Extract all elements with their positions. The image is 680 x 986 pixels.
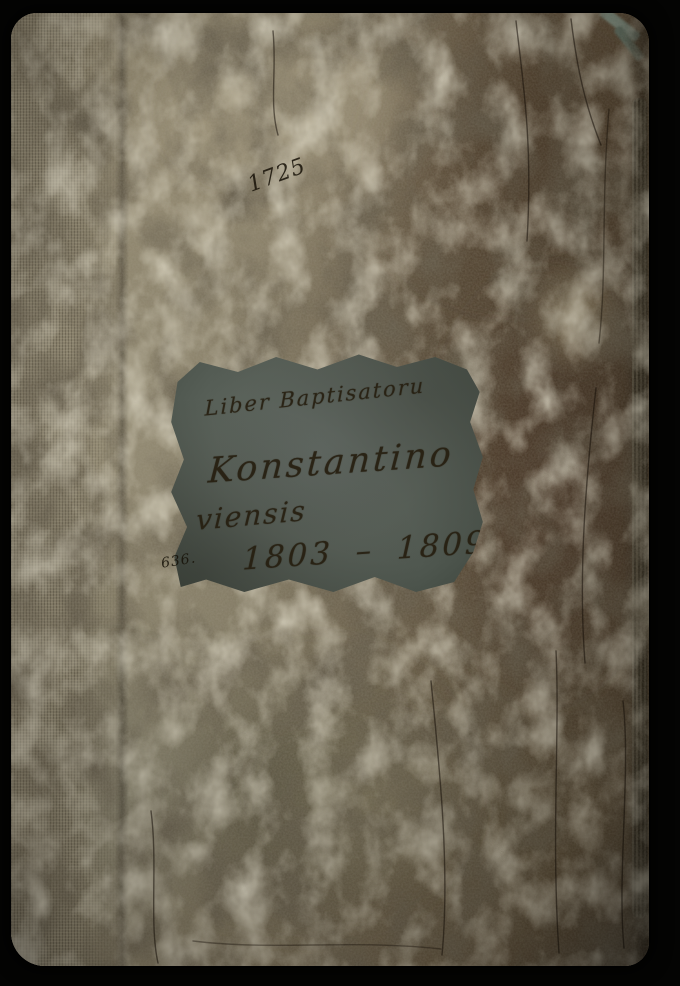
- photo-stage: Liber Baptisatoru Konstantino viensis 18…: [0, 0, 680, 986]
- title-label: Liber Baptisatoru Konstantino viensis 18…: [168, 347, 486, 597]
- spine-hinge-shadow: [115, 13, 129, 966]
- texture-patch-top-right: [366, 18, 649, 308]
- label-line-1: Liber Baptisatoru: [205, 373, 426, 420]
- label-line-3: viensis: [195, 494, 307, 537]
- label-line-2: Konstantino: [207, 434, 455, 491]
- book-cover: Liber Baptisatoru Konstantino viensis 18…: [11, 13, 649, 966]
- right-edge-shadow: [623, 13, 649, 966]
- label-line-4: 1803 – 1809: [242, 524, 489, 577]
- cloth-spine: [11, 13, 123, 966]
- texture-patch-bottom-center: [256, 708, 486, 898]
